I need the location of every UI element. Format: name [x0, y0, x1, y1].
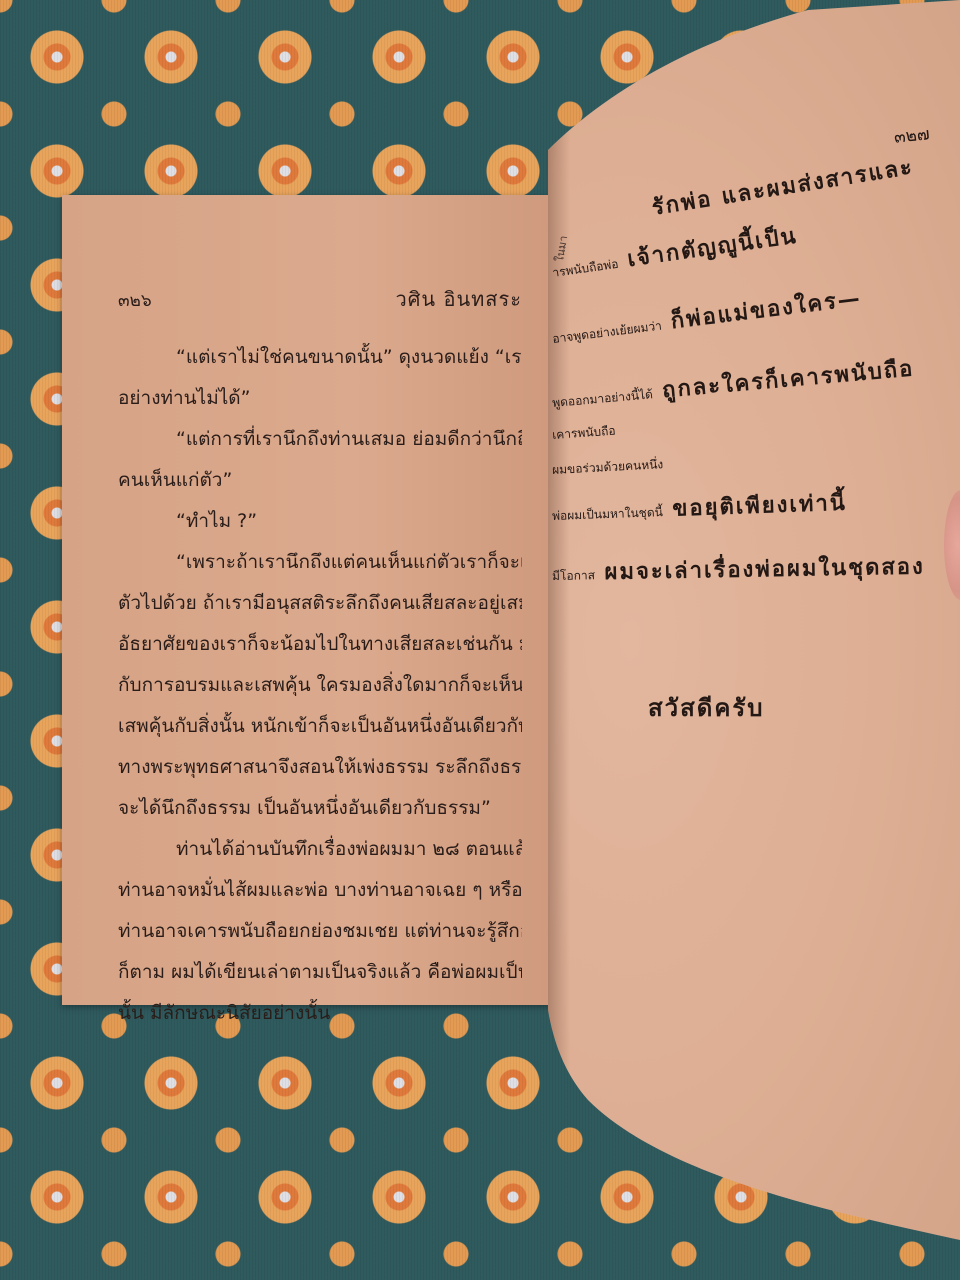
right-book-page: ๓๒๗ ในมา รักพ่อ และผมส่งสารและ ารพนับถือ…: [548, 0, 960, 1280]
left-page-body: “แต่เราไม่ใช่คนขนาดนั้น” ดุงนวดแย้ง “เรา…: [118, 337, 522, 1034]
text-line: “แต่การที่เรานึกถึงท่านเสมอ ย่อมดีกว่านึ…: [118, 419, 522, 460]
text-line: เคารพนับถือ: [551, 416, 616, 445]
text-line: “เพราะถ้าเรานึกถึงแต่คนเห็นแก่ตัวเราก็จะ…: [118, 542, 522, 583]
text-line: ทางพระพุทธศาสนาจึงสอนให้เพ่งธรรม ระลึกถึ…: [118, 747, 522, 788]
text-line: รักพ่อ และผมส่งสารและ: [649, 149, 916, 225]
text-line: จะได้นึกถึงธรรม เป็นอันหนึ่งอันเดียวกับธ…: [118, 788, 522, 829]
text-line: ท่านอาจเคารพนับถือยกย่องชมเชย แต่ท่านจะร…: [118, 911, 522, 952]
text-line: คนเห็นแก่ตัว”: [118, 460, 522, 501]
text-line: นั้น มีลักษณะนิสัยอย่างนั้น: [118, 993, 522, 1034]
text-line: ตัวไปด้วย ถ้าเรามีอนุสสติระลึกถึงคนเสียส…: [118, 583, 522, 624]
finger-holding-page: [944, 490, 960, 600]
left-book-page: ๓๒๖ วศิน อินทสระ “แต่เราไม่ใช่คนขนาดนั้น…: [62, 195, 550, 1005]
text-line: ท่านอาจหมั่นไส้ผมและพ่อ บางท่านอาจเฉย ๆ …: [118, 870, 522, 911]
text-line: ก็ตาม ผมได้เขียนเล่าตามเป็นจริงแล้ว คือพ…: [118, 952, 522, 993]
text-line: อาจพูดอย่างเย้ยผมว่า ก็พ่อแม่ของใคร—: [550, 280, 864, 353]
text-line: กับการอบรมและเสพคุ้น ใครมองสิ่งใดมากก็จะ…: [118, 665, 522, 706]
spine-shadow: [548, 0, 570, 1280]
text-line: พ่อผมเป็นมหาในชุดนี้ ขอยุติเพียงเท่านี้: [551, 485, 847, 530]
text-line: ผมขอร่วมด้วยคนหนึ่ง: [551, 449, 663, 480]
left-page-number: ๓๒๖: [118, 287, 152, 314]
right-page-number: ๓๒๗: [893, 120, 931, 151]
text-line: อัธยาศัยของเราก็จะน้อมไปในทางเสียสละเช่น…: [118, 624, 522, 665]
running-head-author: วศิน อินทสระ: [395, 283, 522, 315]
text-line: “ทำไม ?”: [118, 501, 522, 542]
text-line: ท่านได้อ่านบันทึกเรื่องพ่อผมมา ๒๘ ตอนแล้…: [118, 829, 522, 870]
text-line: เสพคุ้นกับสิ่งนั้น หนักเข้าก็จะเป็นอันหน…: [118, 706, 522, 747]
text-line: ารพนับถือพ่อ เจ้ากตัญญูนี้เป็น: [550, 218, 800, 287]
text-line: “แต่เราไม่ใช่คนขนาดนั้น” ดุงนวดแย้ง “เรา…: [118, 337, 522, 378]
left-page-header: ๓๒๖ วศิน อินทสระ: [118, 283, 522, 315]
text-line: อย่างท่านไม่ได้”: [118, 378, 522, 419]
closing-greeting: สวัสดีครับ: [648, 688, 765, 727]
text-line: พูดออกมาอย่างนี้ได้ ถูกละใครก็เคารพนับถื…: [550, 350, 915, 417]
text-line: มีโอกาส ผมจะเล่าเรื่องพ่อผมในชุดสอง: [552, 548, 925, 590]
